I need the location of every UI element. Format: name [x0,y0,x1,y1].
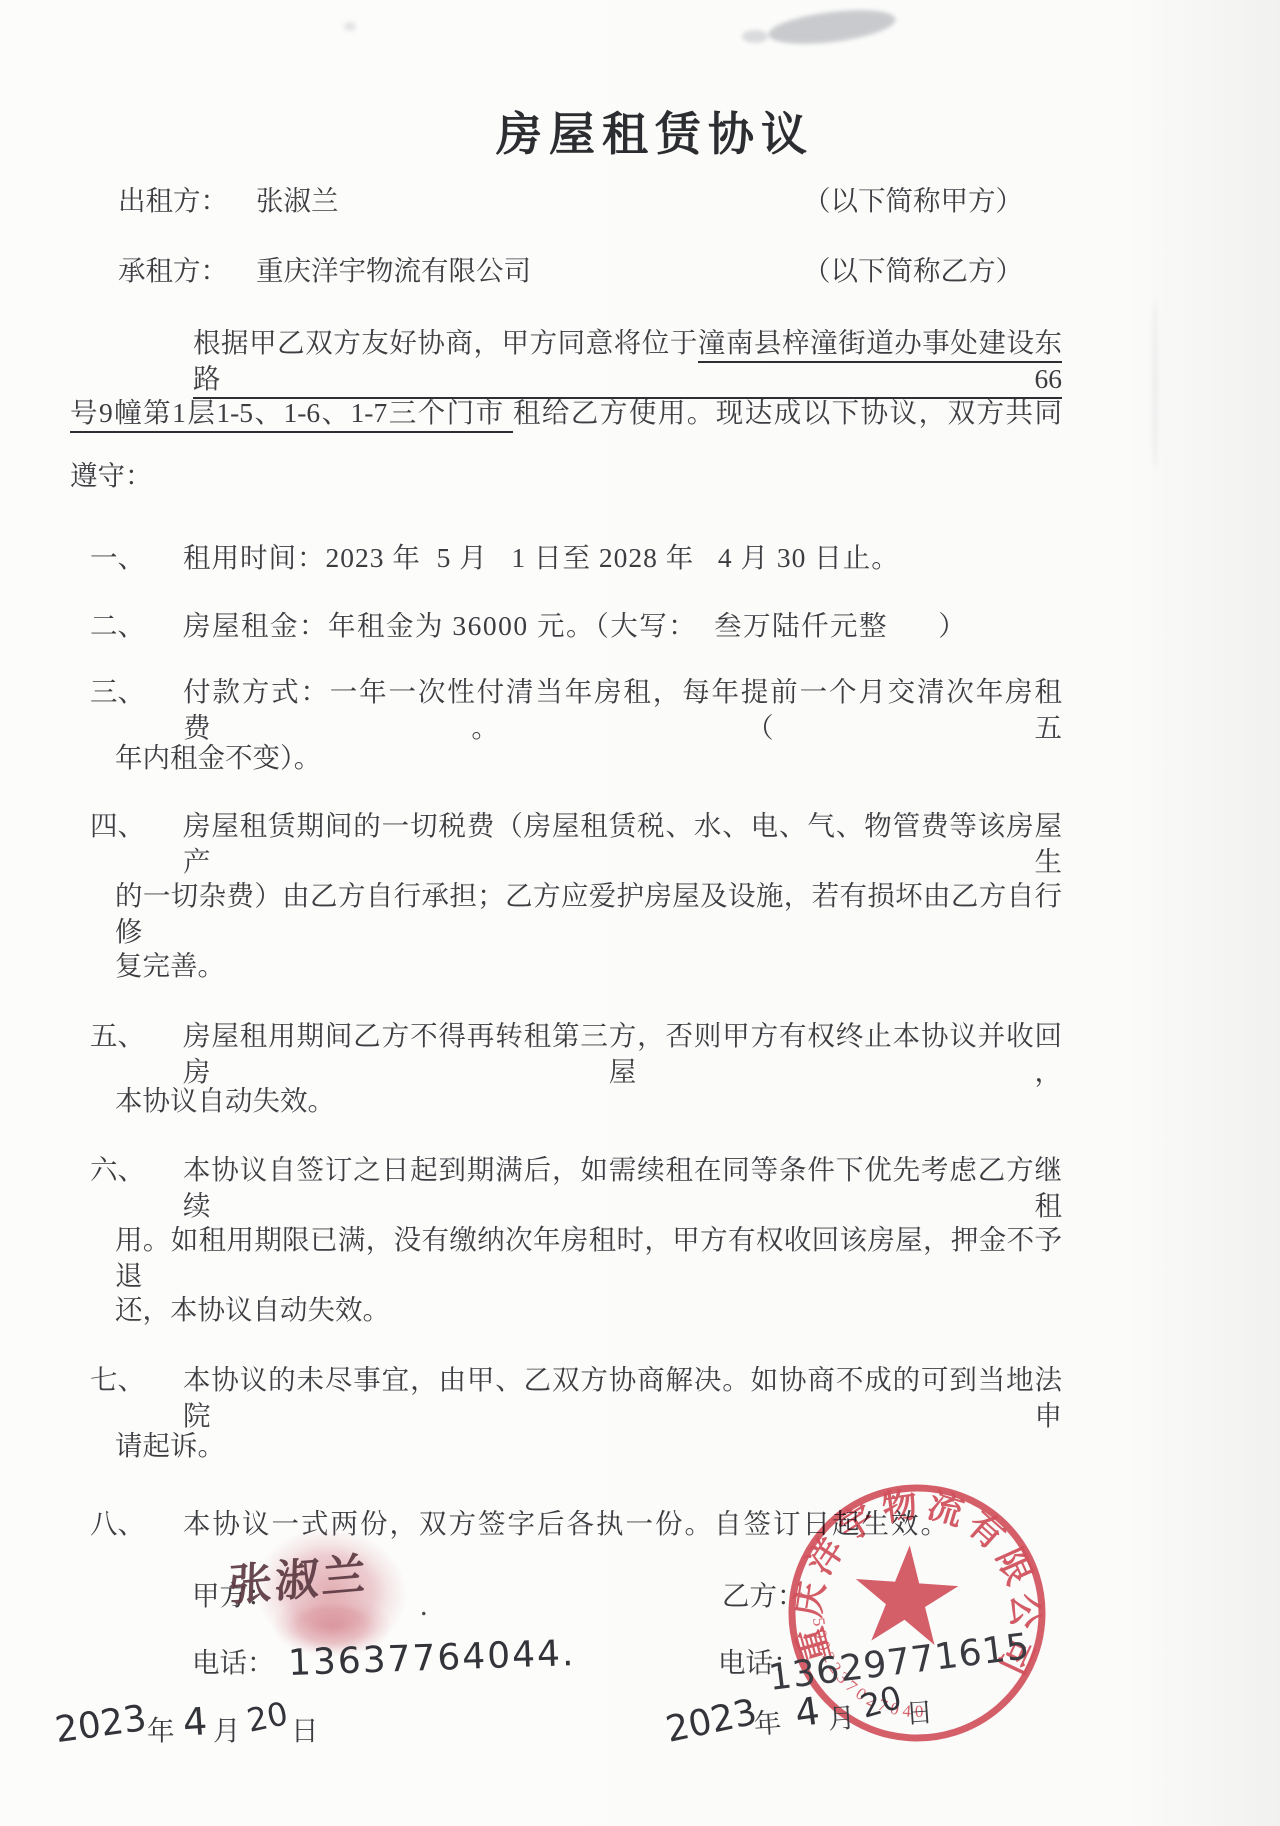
clause-1-number: 一、 [90,540,145,576]
clause-7-text-line-1: 本协议的未尽事宜，由甲、乙双方协商解决。如协商不成的可到当地法院申 [183,1362,1062,1434]
clause-5-text-line-1: 房屋租用期间乙方不得再转租第三方，否则甲方有权终止本协议并收回房屋， [183,1018,1062,1090]
clause-7-number: 七、 [90,1362,145,1398]
day-unit: 日 [291,1708,319,1748]
preamble-line-1: 根据甲乙双方友好协商，甲方同意将位于潼南县梓潼街道办事处建设东路66 [193,325,1062,397]
clause-3-text-line-1: 付款方式：一年一次性付清当年房租，每年提前一个月交清次年房租费。（五 [183,674,1062,746]
scanned-rental-agreement-page: 房屋租赁协议 出租方：张淑兰 （以下简称甲方） 承租方：重庆洋宇物流有限公司 （… [0,0,1280,1826]
party-a-phone-label: 电话： [192,1645,275,1681]
preamble-line-2: 号9幢第1层1-5、1-6、1-7三个门市 租给乙方使用。现达成以下协议，双方共… [70,395,1062,431]
clause-4-number: 四、 [90,808,145,844]
party-a-phone-handwritten: 13637764044. [287,1631,576,1688]
party-a-date-year-handwritten: 2023 [53,1698,149,1751]
clause-6-number: 六、 [90,1152,145,1188]
clause-1-text: 租用时间：2023 年 5 月 1 日至 2028 年 4 月 30 日止。 [183,540,1062,576]
clause-4-text-line-3: 复完善。 [115,948,1062,984]
scan-smudge [767,4,898,49]
lessor-row: 出租方：张淑兰 [118,183,339,219]
day-unit: 日 [904,1689,934,1731]
clause-6-text-line-1: 本协议自签订之日起到期满后，如需续租在同等条件下优先考虑乙方继续租 [183,1152,1062,1224]
clause-4-text-line-2: 的一切杂费）由乙方自行承担；乙方应爱护房屋及设施，若有损坏由乙方自行修 [115,878,1062,950]
clause-7-text-line-2: 请起诉。 [115,1428,1062,1464]
scan-streak [1152,300,1158,470]
clause-3-number: 三、 [90,674,145,710]
clause-5-number: 五、 [90,1018,145,1054]
clause-6-text-line-3: 还，本协议自动失效。 [115,1292,1062,1328]
scan-smudge [742,30,768,43]
preamble-line-3: 遵守： [70,458,153,494]
year-unit: 年 [147,1708,175,1748]
preamble-text: 租给乙方使用。现达成以下协议，双方共同 [513,397,1062,428]
lessee-name: 重庆洋宇物流有限公司 [256,255,531,286]
party-a-date-month-handwritten: 4 [181,1699,208,1745]
clause-3-text-line-2: 年内租金不变）。 [115,740,1062,776]
property-units-underlined: 号9幢第1层1-5、1-6、1-7三个门市 [70,397,513,433]
clause-4-text-line-1: 房屋租赁期间的一切税费（房屋租赁税、水、电、气、物管费等该房屋产生 [183,808,1062,880]
party-b-date-year-handwritten: 2023 [662,1692,760,1751]
seal-star-icon [852,1542,961,1647]
signature-dot: . [420,1586,428,1625]
month-unit: 月 [826,1695,856,1737]
scan-smudge [344,22,356,31]
lessor-name: 张淑兰 [256,185,339,216]
document-title: 房屋租赁协议 [0,98,1280,164]
lessee-alias: （以下简称乙方） [803,253,1023,289]
clause-6-text-line-2: 用。如租用期限已满，没有缴纳次年房租时，甲方有权收回该房屋，押金不予退 [115,1222,1062,1294]
month-unit: 月 [213,1708,241,1748]
lessor-alias: （以下简称甲方） [803,183,1023,219]
lessor-label: 出租方： [118,185,228,216]
lessee-label: 承租方： [118,255,228,286]
clause-8-number: 八、 [90,1506,145,1542]
clause-5-text-line-2: 本协议自动失效。 [115,1083,1062,1119]
lessee-row: 承租方：重庆洋宇物流有限公司 [118,253,531,289]
party-a-date-day-handwritten: 20 [243,1694,291,1740]
preamble-text: 根据甲乙双方友好协商，甲方同意将位于 [193,327,698,358]
clause-2-text: 房屋租金：年租金为 36000 元。（大写： 叁万陆仟元整 ） [183,608,1062,644]
year-unit: 年 [752,1700,782,1742]
clause-2-number: 二、 [90,608,145,644]
